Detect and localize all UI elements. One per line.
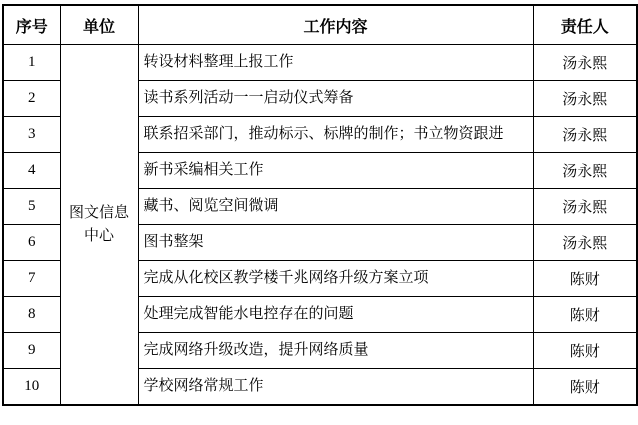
work-content: 学校网络常规工作 <box>138 369 533 406</box>
work-content: 藏书、阅览空间微调 <box>138 189 533 225</box>
work-content: 图书整架 <box>138 225 533 261</box>
work-content: 转设材料整理上报工作 <box>138 45 533 81</box>
work-content: 联系招采部门，推动标示、标牌的制作；书立物资跟进 <box>138 117 533 153</box>
header-unit: 单位 <box>60 5 138 45</box>
header-no: 序号 <box>3 5 60 45</box>
row-number: 4 <box>3 153 60 189</box>
responsible-person: 陈财 <box>533 261 637 297</box>
responsible-person: 汤永熙 <box>533 45 637 81</box>
responsible-person: 陈财 <box>533 369 637 406</box>
document-page: 序号 单位 工作内容 责任人 1图文信息中心转设材料整理上报工作汤永熙2读书系列… <box>0 0 638 425</box>
row-number: 7 <box>3 261 60 297</box>
row-number: 9 <box>3 333 60 369</box>
row-number: 5 <box>3 189 60 225</box>
responsible-person: 陈财 <box>533 297 637 333</box>
work-content: 读书系列活动一一启动仪式筹备 <box>138 81 533 117</box>
header-row: 序号 单位 工作内容 责任人 <box>3 5 637 45</box>
responsible-person: 汤永熙 <box>533 81 637 117</box>
work-content: 完成从化校区教学楼千兆网络升级方案立项 <box>138 261 533 297</box>
table-row: 1图文信息中心转设材料整理上报工作汤永熙 <box>3 45 637 81</box>
row-number: 1 <box>3 45 60 81</box>
table-header: 序号 单位 工作内容 责任人 <box>3 5 637 45</box>
responsible-person: 汤永熙 <box>533 225 637 261</box>
header-content: 工作内容 <box>138 5 533 45</box>
row-number: 6 <box>3 225 60 261</box>
responsible-person: 汤永熙 <box>533 189 637 225</box>
work-content: 处理完成智能水电控存在的问题 <box>138 297 533 333</box>
responsible-person: 陈财 <box>533 333 637 369</box>
responsible-person: 汤永熙 <box>533 153 637 189</box>
work-content: 新书采编相关工作 <box>138 153 533 189</box>
row-number: 10 <box>3 369 60 406</box>
row-number: 8 <box>3 297 60 333</box>
header-owner: 责任人 <box>533 5 637 45</box>
responsible-person: 汤永熙 <box>533 117 637 153</box>
row-number: 2 <box>3 81 60 117</box>
table-body: 1图文信息中心转设材料整理上报工作汤永熙2读书系列活动一一启动仪式筹备汤永熙3联… <box>3 45 637 406</box>
unit-cell: 图文信息中心 <box>60 45 138 406</box>
work-content: 完成网络升级改造，提升网络质量 <box>138 333 533 369</box>
work-assignment-table: 序号 单位 工作内容 责任人 1图文信息中心转设材料整理上报工作汤永熙2读书系列… <box>2 4 638 406</box>
row-number: 3 <box>3 117 60 153</box>
